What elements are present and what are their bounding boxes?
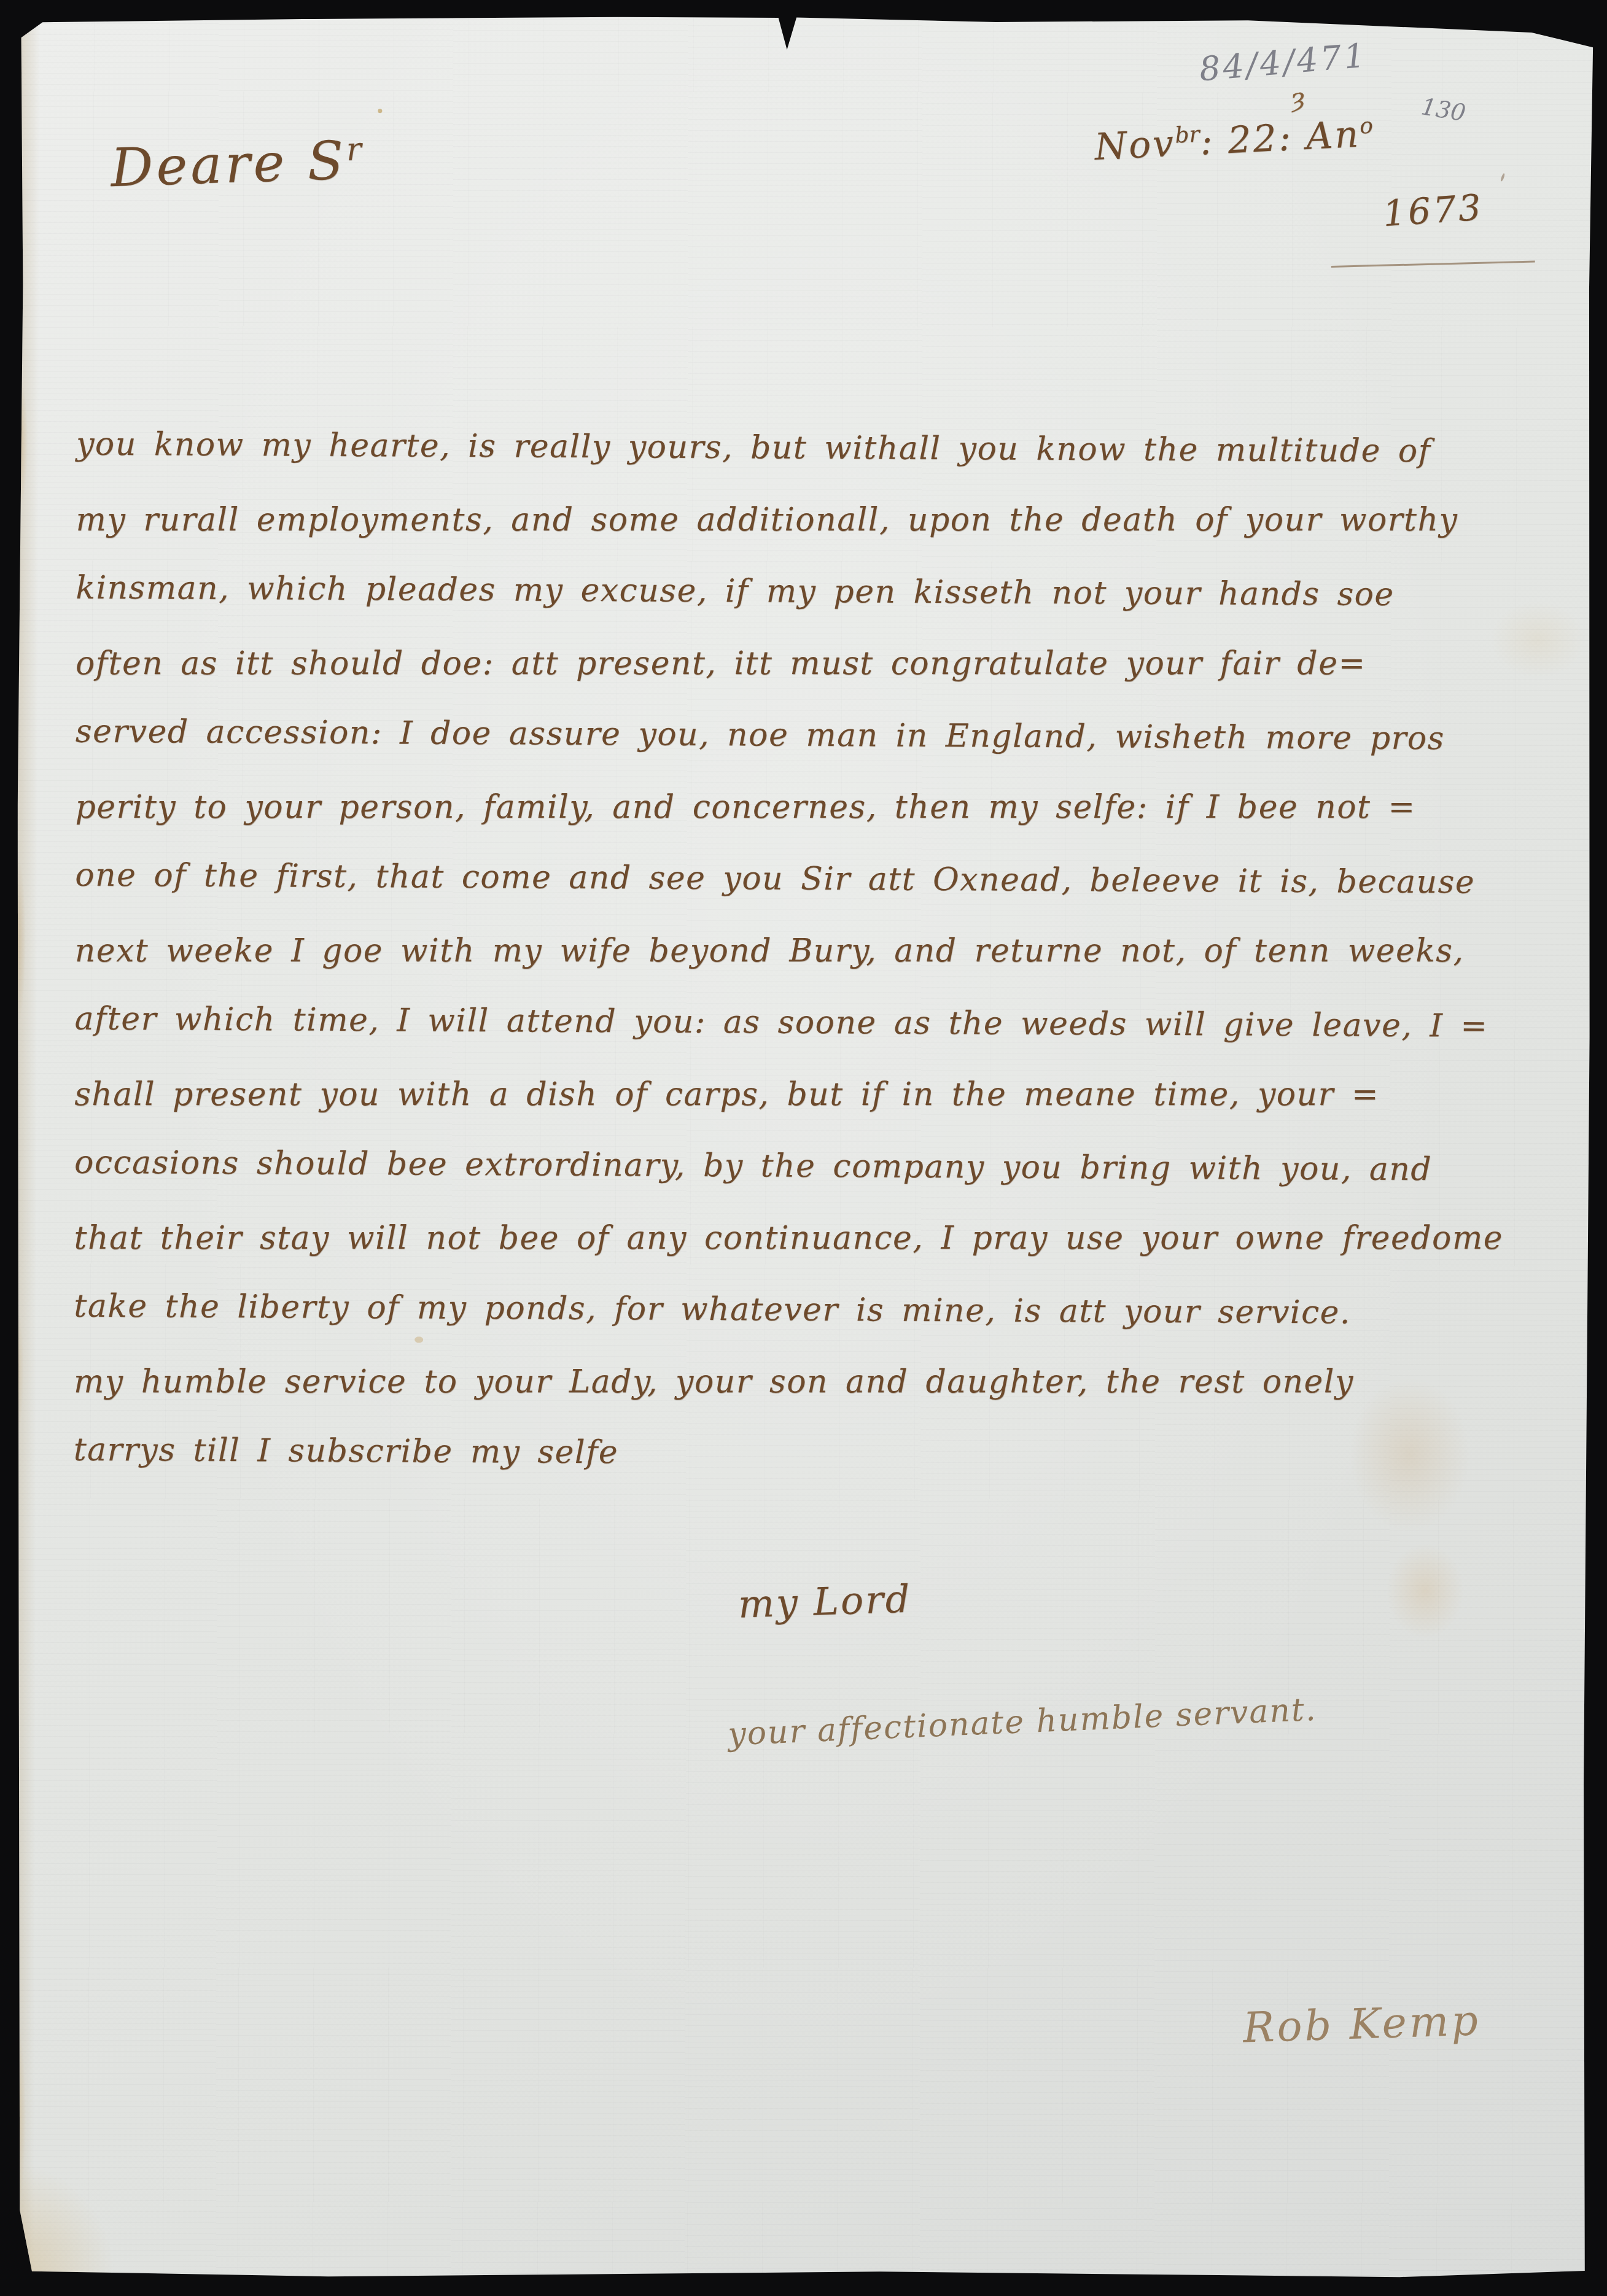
body-line: tarrys till I subscribe my selfe	[73, 1432, 1597, 1511]
paper-speck	[484, 447, 488, 452]
paper-speck	[378, 109, 382, 113]
letter-photograph: 84/4/471 ȝ 130 Novbr: 22: Ano 1673 Deare…	[0, 0, 1607, 2296]
date-day: : 22: An	[1199, 113, 1361, 164]
signature: Rob Kemp	[1242, 1996, 1481, 2052]
date-anno-superscript: o	[1359, 114, 1374, 139]
letter-paper: 84/4/471 ȝ 130 Novbr: 22: Ano 1673 Deare…	[13, 13, 1595, 2282]
closing-my-lord: my Lord	[737, 1577, 912, 1627]
ink-tick	[1500, 173, 1506, 182]
body-line: often as itt should doe: att present, it…	[76, 645, 1598, 717]
date-month-superscript: br	[1174, 122, 1200, 149]
body-line: that their stay will not bee of any cont…	[74, 1220, 1597, 1292]
body-line: my rurall employments, and some addition…	[76, 502, 1599, 573]
body-line: perity to your person, family, and conce…	[75, 789, 1598, 861]
date-underline	[1331, 260, 1535, 267]
body-line: after which time, I will attend you: as …	[74, 1001, 1598, 1080]
body-line: next weeke I goe with my wife beyond Bur…	[75, 933, 1598, 1004]
worn-bottom-left-corner	[13, 2119, 155, 2279]
salutation: Deare Sr	[110, 130, 363, 199]
body-line: one of the first, that come and see you …	[75, 857, 1598, 937]
body-line: shall present you with a dish of carps, …	[74, 1076, 1597, 1148]
body-line: occasions should bee extrordinary, by th…	[74, 1144, 1598, 1224]
subscription-line: your affectionate humble servant.	[727, 1691, 1317, 1753]
date-month: Nov	[1094, 122, 1177, 169]
pencil-archive-reference: 84/4/471	[1197, 36, 1369, 89]
body-line: you know my hearte, is really yours, but…	[76, 426, 1600, 506]
pencil-page-number: 130	[1419, 93, 1468, 126]
body-line: my humble service to your Lady, your son…	[74, 1363, 1597, 1435]
salutation-text: Deare S	[110, 130, 348, 199]
body-line: kinsman, which pleades my excuse, if my …	[76, 570, 1599, 650]
torn-paper-edge	[13, 13, 40, 2278]
ink-flourish-mark: ȝ	[1290, 82, 1306, 113]
body-line: served accession: I doe assure you, noe …	[75, 713, 1598, 793]
date-line: Novbr: 22: Ano	[1094, 112, 1374, 169]
body-line: take the liberty of my ponds, for whatev…	[74, 1288, 1597, 1368]
salutation-superscript: r	[346, 131, 362, 168]
letter-body: you know my hearte, is really yours, but…	[73, 428, 1599, 1509]
paper-stain-small	[414, 1336, 423, 1343]
date-year: 1673	[1382, 186, 1485, 235]
